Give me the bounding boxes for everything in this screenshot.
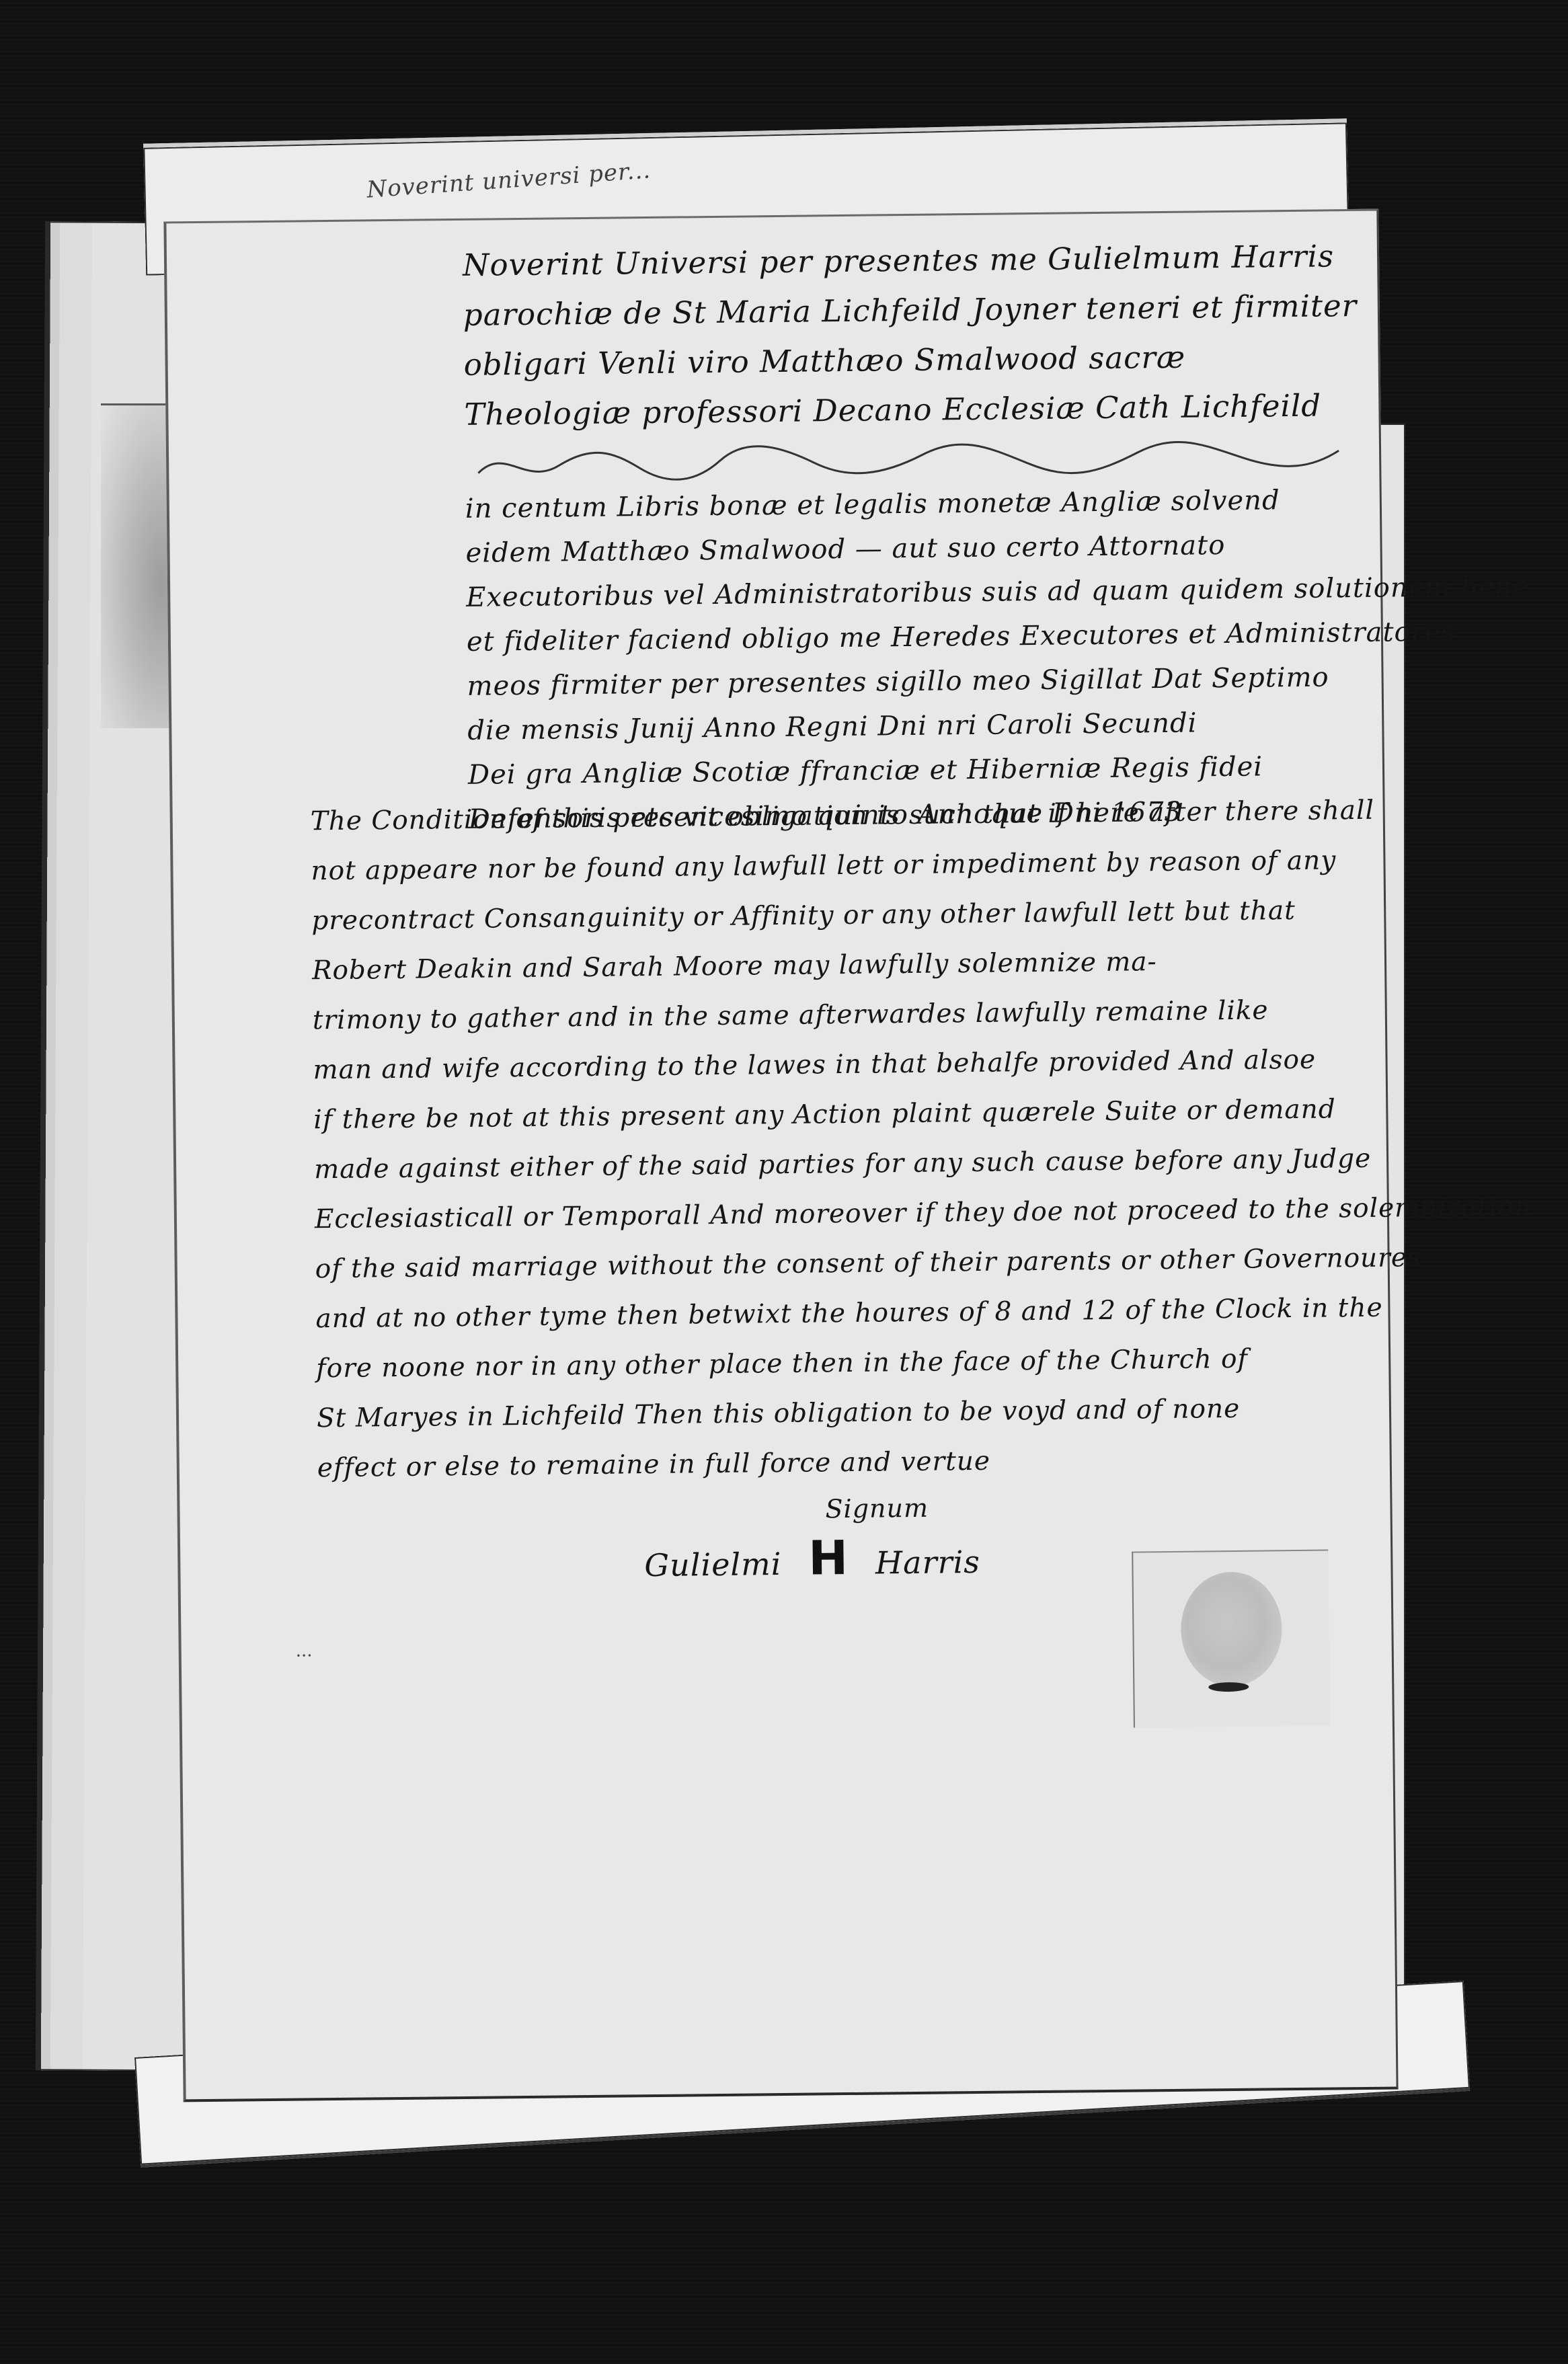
signatory-mark: H	[808, 1530, 849, 1586]
latin-line: parochiæ de St Maria Lichfeild Joyner te…	[463, 281, 1351, 340]
wax-seal-icon	[1181, 1571, 1283, 1687]
seal-tag	[1132, 1550, 1330, 1728]
signatory-forename: Gulielmi	[644, 1546, 782, 1583]
signum-label: Signum	[825, 1491, 1114, 1524]
flourish-line-icon	[465, 430, 1353, 494]
latin-bond-text: Noverint Universi per presentes me Gulie…	[463, 231, 1356, 842]
signatory-surname: Harris	[875, 1544, 980, 1581]
latin-line: Noverint Universi per presentes me Gulie…	[463, 231, 1351, 290]
latin-line: Theologiæ professori Decano Ecclesiæ Cat…	[464, 381, 1352, 440]
signature-line: Gulielmi H Harris	[644, 1528, 1115, 1587]
margin-mark: ...	[296, 1641, 313, 1661]
scribal-flourish	[465, 430, 1353, 487]
latin-line: meos firmiter per presentes sigillo meo …	[467, 655, 1355, 709]
latin-line: obligari Venli viro Matthæo Smalwood sac…	[463, 331, 1351, 390]
manuscript-page: Noverint Universi per presentes me Gulie…	[163, 209, 1398, 2102]
english-condition-text: The Condition of this present obligation…	[310, 786, 1366, 1493]
signature-block: Signum Gulielmi H Harris	[643, 1491, 1115, 1587]
condition-line: effect or else to remaine in full force …	[317, 1433, 1366, 1493]
